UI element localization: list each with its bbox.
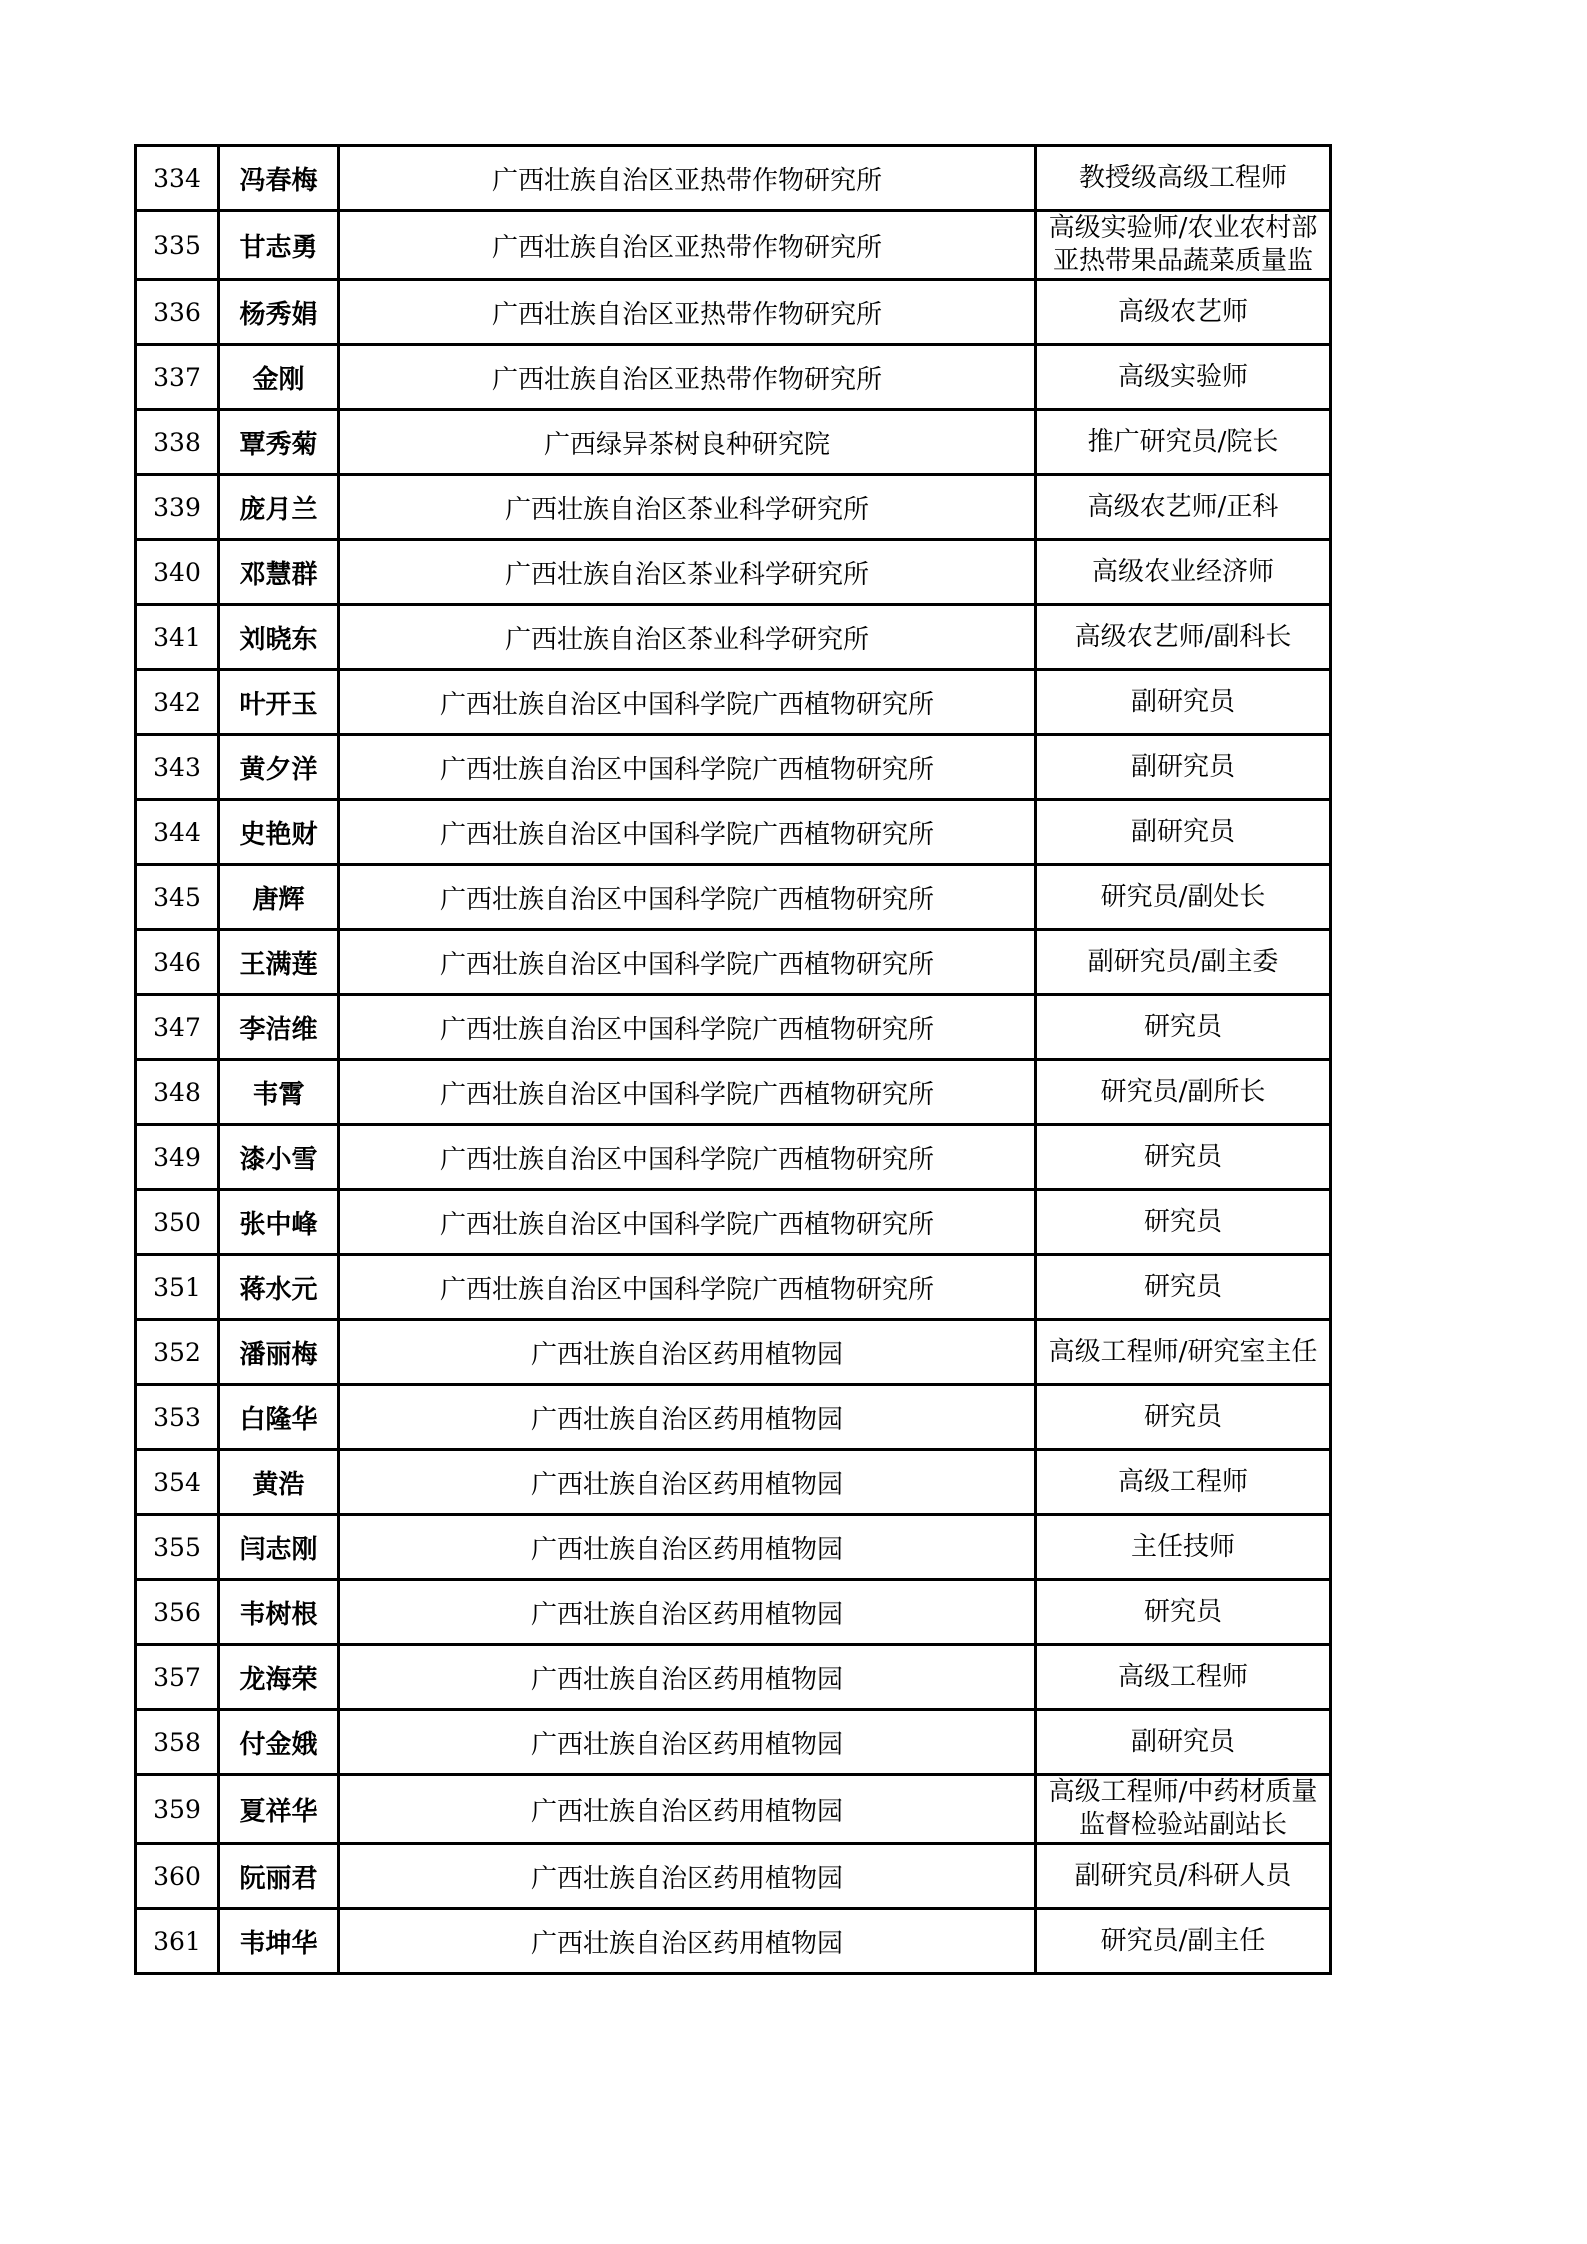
organization-cell: 广西壮族自治区药用植物园 (339, 1909, 1036, 1974)
organization-cell: 广西壮族自治区药用植物园 (339, 1775, 1036, 1844)
job-title-cell: 研究员 (1036, 1385, 1331, 1450)
serial-number-cell: 355 (136, 1515, 219, 1580)
organization-cell: 广西壮族自治区中国科学院广西植物研究所 (339, 800, 1036, 865)
table-row: 352潘丽梅广西壮族自治区药用植物园高级工程师/研究室主任 (136, 1320, 1331, 1385)
person-name-cell: 叶开玉 (219, 670, 339, 735)
table-row: 342叶开玉广西壮族自治区中国科学院广西植物研究所副研究员 (136, 670, 1331, 735)
job-title-line: 监督检验站副站长 (1037, 1809, 1329, 1842)
job-title-cell: 副研究员 (1036, 800, 1331, 865)
job-title-cell: 副研究员 (1036, 1710, 1331, 1775)
table-row: 334冯春梅广西壮族自治区亚热带作物研究所教授级高级工程师 (136, 146, 1331, 211)
job-title-cell: 副研究员/副主委 (1036, 930, 1331, 995)
table-row: 341刘晓东广西壮族自治区茶业科学研究所高级农艺师/副科长 (136, 605, 1331, 670)
serial-number-cell: 345 (136, 865, 219, 930)
table-row: 361韦坤华广西壮族自治区药用植物园研究员/副主任 (136, 1909, 1331, 1974)
person-name-cell: 韦霄 (219, 1060, 339, 1125)
table-row: 354黄浩广西壮族自治区药用植物园高级工程师 (136, 1450, 1331, 1515)
job-title-cell: 研究员/副所长 (1036, 1060, 1331, 1125)
organization-cell: 广西壮族自治区中国科学院广西植物研究所 (339, 1255, 1036, 1320)
serial-number-cell: 336 (136, 280, 219, 345)
job-title-cell: 副研究员 (1036, 735, 1331, 800)
serial-number-cell: 352 (136, 1320, 219, 1385)
table-row: 356韦树根广西壮族自治区药用植物园研究员 (136, 1580, 1331, 1645)
organization-cell: 广西壮族自治区茶业科学研究所 (339, 475, 1036, 540)
serial-number-cell: 359 (136, 1775, 219, 1844)
job-title-cell: 副研究员 (1036, 670, 1331, 735)
table-row: 345唐辉广西壮族自治区中国科学院广西植物研究所研究员/副处长 (136, 865, 1331, 930)
table-row: 346王满莲广西壮族自治区中国科学院广西植物研究所副研究员/副主委 (136, 930, 1331, 995)
person-name-cell: 庞月兰 (219, 475, 339, 540)
table-row: 359夏祥华广西壮族自治区药用植物园高级工程师/中药材质量监督检验站副站长 (136, 1775, 1331, 1844)
serial-number-cell: 354 (136, 1450, 219, 1515)
serial-number-cell: 356 (136, 1580, 219, 1645)
organization-cell: 广西壮族自治区亚热带作物研究所 (339, 146, 1036, 211)
organization-cell: 广西壮族自治区中国科学院广西植物研究所 (339, 865, 1036, 930)
person-name-cell: 史艳财 (219, 800, 339, 865)
person-name-cell: 黄浩 (219, 1450, 339, 1515)
table-row: 338覃秀菊广西绿异茶树良种研究院推广研究员/院长 (136, 410, 1331, 475)
person-name-cell: 杨秀娟 (219, 280, 339, 345)
organization-cell: 广西壮族自治区亚热带作物研究所 (339, 280, 1036, 345)
person-name-cell: 蒋水元 (219, 1255, 339, 1320)
job-title-cell: 高级农艺师/正科 (1036, 475, 1331, 540)
table-row: 353白隆华广西壮族自治区药用植物园研究员 (136, 1385, 1331, 1450)
table-row: 335甘志勇广西壮族自治区亚热带作物研究所高级实验师/农业农村部亚热带果品蔬菜质… (136, 211, 1331, 280)
organization-cell: 广西绿异茶树良种研究院 (339, 410, 1036, 475)
table-row: 355闫志刚广西壮族自治区药用植物园主任技师 (136, 1515, 1331, 1580)
personnel-table-body: 334冯春梅广西壮族自治区亚热带作物研究所教授级高级工程师335甘志勇广西壮族自… (136, 146, 1331, 1974)
serial-number-cell: 350 (136, 1190, 219, 1255)
person-name-cell: 付金娥 (219, 1710, 339, 1775)
serial-number-cell: 353 (136, 1385, 219, 1450)
organization-cell: 广西壮族自治区茶业科学研究所 (339, 605, 1036, 670)
person-name-cell: 黄夕洋 (219, 735, 339, 800)
job-title-cell: 高级农业经济师 (1036, 540, 1331, 605)
organization-cell: 广西壮族自治区中国科学院广西植物研究所 (339, 1190, 1036, 1255)
serial-number-cell: 342 (136, 670, 219, 735)
job-title-cell: 主任技师 (1036, 1515, 1331, 1580)
organization-cell: 广西壮族自治区茶业科学研究所 (339, 540, 1036, 605)
person-name-cell: 王满莲 (219, 930, 339, 995)
table-row: 349漆小雪广西壮族自治区中国科学院广西植物研究所研究员 (136, 1125, 1331, 1190)
job-title-cell: 高级农艺师 (1036, 280, 1331, 345)
serial-number-cell: 339 (136, 475, 219, 540)
table-row: 343黄夕洋广西壮族自治区中国科学院广西植物研究所副研究员 (136, 735, 1331, 800)
job-title-cell: 高级实验师 (1036, 345, 1331, 410)
job-title-cell: 高级农艺师/副科长 (1036, 605, 1331, 670)
person-name-cell: 覃秀菊 (219, 410, 339, 475)
person-name-cell: 金刚 (219, 345, 339, 410)
table-row: 340邓慧群广西壮族自治区茶业科学研究所高级农业经济师 (136, 540, 1331, 605)
person-name-cell: 邓慧群 (219, 540, 339, 605)
serial-number-cell: 344 (136, 800, 219, 865)
job-title-cell: 研究员/副主任 (1036, 1909, 1331, 1974)
organization-cell: 广西壮族自治区药用植物园 (339, 1450, 1036, 1515)
serial-number-cell: 360 (136, 1844, 219, 1909)
person-name-cell: 漆小雪 (219, 1125, 339, 1190)
job-title-line: 亚热带果品蔬菜质量监 (1037, 245, 1329, 278)
person-name-cell: 闫志刚 (219, 1515, 339, 1580)
person-name-cell: 甘志勇 (219, 211, 339, 280)
organization-cell: 广西壮族自治区亚热带作物研究所 (339, 345, 1036, 410)
job-title-cell: 研究员/副处长 (1036, 865, 1331, 930)
table-row: 358付金娥广西壮族自治区药用植物园副研究员 (136, 1710, 1331, 1775)
job-title-cell: 推广研究员/院长 (1036, 410, 1331, 475)
organization-cell: 广西壮族自治区药用植物园 (339, 1710, 1036, 1775)
person-name-cell: 龙海荣 (219, 1645, 339, 1710)
organization-cell: 广西壮族自治区中国科学院广西植物研究所 (339, 1060, 1036, 1125)
organization-cell: 广西壮族自治区药用植物园 (339, 1320, 1036, 1385)
organization-cell: 广西壮族自治区药用植物园 (339, 1645, 1036, 1710)
table-row: 348韦霄广西壮族自治区中国科学院广西植物研究所研究员/副所长 (136, 1060, 1331, 1125)
serial-number-cell: 334 (136, 146, 219, 211)
job-title-cell: 高级工程师 (1036, 1645, 1331, 1710)
serial-number-cell: 349 (136, 1125, 219, 1190)
serial-number-cell: 338 (136, 410, 219, 475)
table-row: 339庞月兰广西壮族自治区茶业科学研究所高级农艺师/正科 (136, 475, 1331, 540)
job-title-cell: 高级工程师 (1036, 1450, 1331, 1515)
organization-cell: 广西壮族自治区中国科学院广西植物研究所 (339, 930, 1036, 995)
job-title-cell: 研究员 (1036, 1190, 1331, 1255)
person-name-cell: 韦坤华 (219, 1909, 339, 1974)
job-title-cell: 研究员 (1036, 995, 1331, 1060)
serial-number-cell: 361 (136, 1909, 219, 1974)
job-title-cell: 研究员 (1036, 1125, 1331, 1190)
organization-cell: 广西壮族自治区药用植物园 (339, 1844, 1036, 1909)
organization-cell: 广西壮族自治区中国科学院广西植物研究所 (339, 1125, 1036, 1190)
serial-number-cell: 337 (136, 345, 219, 410)
serial-number-cell: 348 (136, 1060, 219, 1125)
serial-number-cell: 340 (136, 540, 219, 605)
serial-number-cell: 341 (136, 605, 219, 670)
person-name-cell: 夏祥华 (219, 1775, 339, 1844)
job-title-cell: 高级工程师/研究室主任 (1036, 1320, 1331, 1385)
job-title-cell: 研究员 (1036, 1580, 1331, 1645)
organization-cell: 广西壮族自治区药用植物园 (339, 1515, 1036, 1580)
job-title-cell: 教授级高级工程师 (1036, 146, 1331, 211)
person-name-cell: 刘晓东 (219, 605, 339, 670)
table-row: 337金刚广西壮族自治区亚热带作物研究所高级实验师 (136, 345, 1331, 410)
person-name-cell: 李洁维 (219, 995, 339, 1060)
serial-number-cell: 335 (136, 211, 219, 280)
job-title-line: 高级实验师/农业农村部 (1037, 212, 1329, 245)
person-name-cell: 唐辉 (219, 865, 339, 930)
person-name-cell: 韦树根 (219, 1580, 339, 1645)
serial-number-cell: 351 (136, 1255, 219, 1320)
job-title-cell: 高级实验师/农业农村部亚热带果品蔬菜质量监 (1036, 211, 1331, 280)
job-title-line: 高级工程师/中药材质量 (1037, 1776, 1329, 1809)
person-name-cell: 张中峰 (219, 1190, 339, 1255)
job-title-cell: 高级工程师/中药材质量监督检验站副站长 (1036, 1775, 1331, 1844)
person-name-cell: 阮丽君 (219, 1844, 339, 1909)
organization-cell: 广西壮族自治区中国科学院广西植物研究所 (339, 670, 1036, 735)
serial-number-cell: 357 (136, 1645, 219, 1710)
organization-cell: 广西壮族自治区药用植物园 (339, 1580, 1036, 1645)
person-name-cell: 潘丽梅 (219, 1320, 339, 1385)
table-row: 347李洁维广西壮族自治区中国科学院广西植物研究所研究员 (136, 995, 1331, 1060)
table-row: 344史艳财广西壮族自治区中国科学院广西植物研究所副研究员 (136, 800, 1331, 865)
serial-number-cell: 346 (136, 930, 219, 995)
organization-cell: 广西壮族自治区亚热带作物研究所 (339, 211, 1036, 280)
table-row: 357龙海荣广西壮族自治区药用植物园高级工程师 (136, 1645, 1331, 1710)
personnel-table: 334冯春梅广西壮族自治区亚热带作物研究所教授级高级工程师335甘志勇广西壮族自… (134, 144, 1332, 1975)
serial-number-cell: 347 (136, 995, 219, 1060)
organization-cell: 广西壮族自治区中国科学院广西植物研究所 (339, 735, 1036, 800)
person-name-cell: 白隆华 (219, 1385, 339, 1450)
job-title-cell: 研究员 (1036, 1255, 1331, 1320)
organization-cell: 广西壮族自治区中国科学院广西植物研究所 (339, 995, 1036, 1060)
job-title-cell: 副研究员/科研人员 (1036, 1844, 1331, 1909)
document-page: 334冯春梅广西壮族自治区亚热带作物研究所教授级高级工程师335甘志勇广西壮族自… (0, 0, 1587, 2244)
table-row: 336杨秀娟广西壮族自治区亚热带作物研究所高级农艺师 (136, 280, 1331, 345)
serial-number-cell: 343 (136, 735, 219, 800)
organization-cell: 广西壮族自治区药用植物园 (339, 1385, 1036, 1450)
serial-number-cell: 358 (136, 1710, 219, 1775)
table-row: 350张中峰广西壮族自治区中国科学院广西植物研究所研究员 (136, 1190, 1331, 1255)
person-name-cell: 冯春梅 (219, 146, 339, 211)
table-row: 360阮丽君广西壮族自治区药用植物园副研究员/科研人员 (136, 1844, 1331, 1909)
table-row: 351蒋水元广西壮族自治区中国科学院广西植物研究所研究员 (136, 1255, 1331, 1320)
